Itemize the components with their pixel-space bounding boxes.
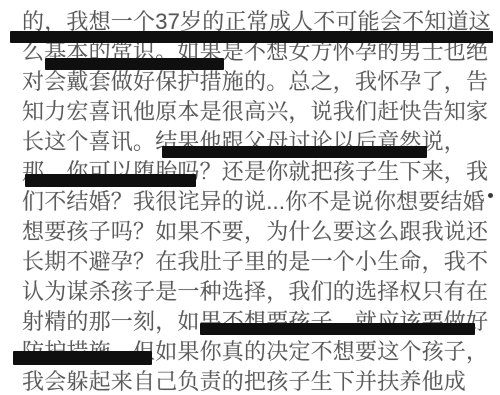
text-line: 长期不避孕？在我肚子里的是一个小生命，我不 <box>22 247 492 277</box>
redaction-bar <box>25 174 196 187</box>
text-line: 我会躲起来自己负责的把孩子生下并扶养他成 <box>22 367 492 395</box>
text-screenshot-page: 的，我想一个37岁的正常成人不可能会不知道这 么基本的常识。如果是不想女方怀孕的… <box>0 0 500 395</box>
redaction-bar <box>10 31 493 43</box>
text-line: 对会戴套做好保护措施的。总之，我怀孕了，告 <box>22 67 492 97</box>
text-line: 们不结婚？我很诧异的说...你不是说你想要结婚 <box>22 187 492 217</box>
text-line: 想要孩子吗？如果不要，为什么要这么跟我说还 <box>22 217 492 247</box>
redaction-bar <box>162 146 427 158</box>
redaction-bar <box>200 323 475 335</box>
text-line: 认为谋杀孩子是一种选择，我们的选择权只有在 <box>22 277 492 307</box>
redaction-bar <box>13 351 152 365</box>
bullet-dot <box>488 193 493 198</box>
redaction-bar <box>45 58 224 70</box>
text-line: 知力宏喜讯他原本是很高兴，说我们赶快告知家 <box>22 97 492 127</box>
